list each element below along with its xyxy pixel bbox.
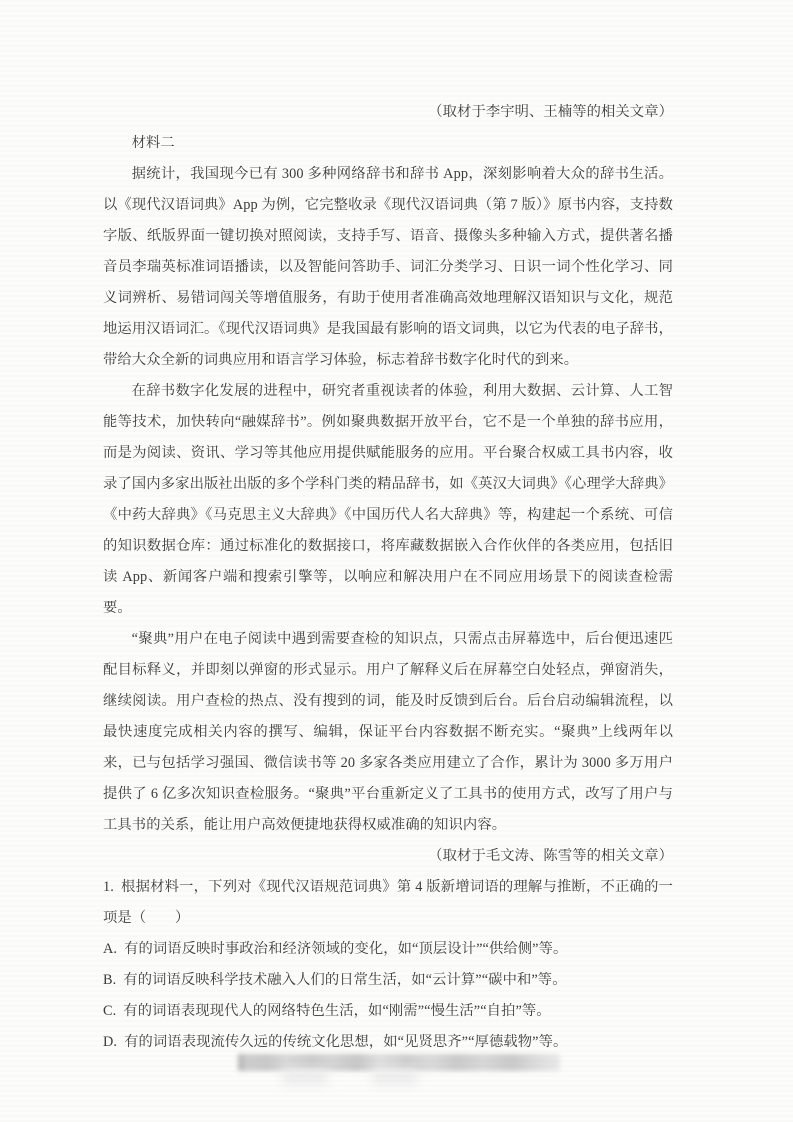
scanned-document-page: （取材于李宇明、王楠等的相关文章） 材料二 据统计，我国现今已有 300 多种网… bbox=[0, 0, 793, 1122]
material-two-paragraph-1: 据统计，我国现今已有 300 多种网络辞书和辞书 App，深刻影响着大众的辞书生… bbox=[103, 159, 673, 376]
option-d-label: D. bbox=[103, 1034, 117, 1050]
question-1-number: 1. bbox=[103, 879, 114, 895]
option-d-text: 有的词语表现流传久远的传统文化思想，如“见贤思齐”“厚德载物”等。 bbox=[124, 1034, 567, 1050]
option-c-text: 有的词语表现现代人的网络特色生活，如“刚需”“慢生活”“自拍”等。 bbox=[123, 1003, 550, 1019]
question-1-option-a: A.有的词语反映时事政治和经济领域的变化，如“顶层设计”“供给侧”等。 bbox=[103, 934, 673, 965]
question-1-option-b: B.有的词语反映科学技术融入人们的日常生活，如“云计算”“碳中和”等。 bbox=[103, 965, 673, 996]
option-a-text: 有的词语反映时事政治和经济领域的变化，如“顶层设计”“供给侧”等。 bbox=[124, 941, 567, 957]
watermark-smudge bbox=[282, 1069, 328, 1085]
option-c-label: C. bbox=[103, 1003, 116, 1019]
material-two-heading: 材料二 bbox=[103, 128, 673, 159]
material-two-paragraph-2: 在辞书数字化发展的进程中，研究者重视读者的体验，利用大数据、云计算、人工智能等技… bbox=[103, 376, 673, 624]
document-text-block: （取材于李宇明、王楠等的相关文章） 材料二 据统计，我国现今已有 300 多种网… bbox=[103, 97, 673, 1058]
material-two-attribution: （取材于毛文涛、陈雪等的相关文章） bbox=[103, 841, 673, 872]
question-1-text: 根据材料一，下列对《现代汉语规范词典》第 4 版新增词语的理解与推断，不正确的一… bbox=[103, 879, 673, 926]
question-1-stem: 1.根据材料一，下列对《现代汉语规范词典》第 4 版新增词语的理解与推断，不正确… bbox=[103, 872, 673, 934]
material-two-paragraph-3: “聚典”用户在电子阅读中遇到需要查检的知识点，只需点击屏幕选中，后台便迅速匹配目… bbox=[103, 624, 673, 841]
watermark-smudge bbox=[372, 1069, 418, 1085]
question-1-option-c: C.有的词语表现现代人的网络特色生活，如“刚需”“慢生活”“自拍”等。 bbox=[103, 996, 673, 1027]
option-b-text: 有的词语反映科学技术融入人们的日常生活，如“云计算”“碳中和”等。 bbox=[123, 972, 566, 988]
option-a-label: A. bbox=[103, 941, 117, 957]
material-one-attribution: （取材于李宇明、王楠等的相关文章） bbox=[103, 97, 673, 128]
option-b-label: B. bbox=[103, 972, 116, 988]
